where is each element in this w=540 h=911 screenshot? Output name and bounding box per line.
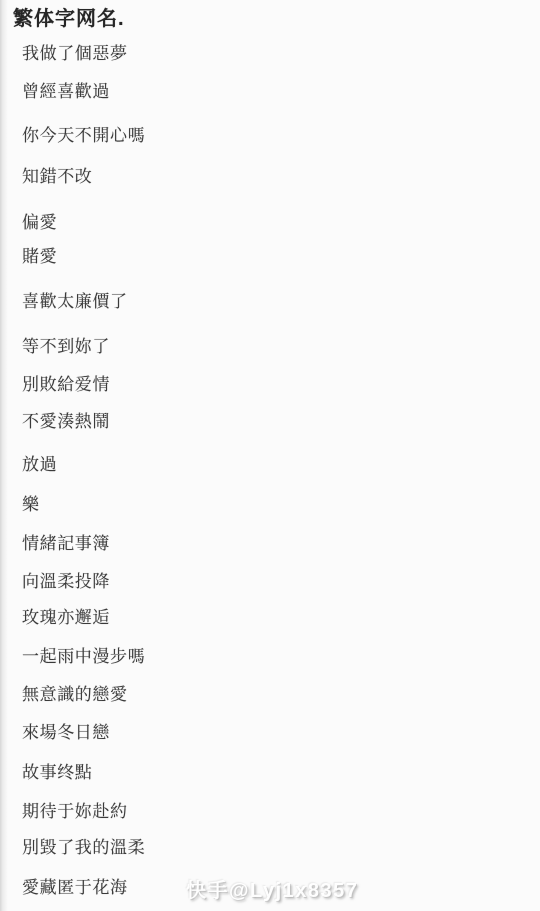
list-item: 向溫柔投降 [22, 573, 110, 591]
list-item: 一起雨中漫步嗎 [22, 648, 145, 666]
list-item: 愛藏匿于花海 [22, 879, 128, 897]
list-item: 偏愛 [22, 214, 57, 232]
list-item: 喜歡太廉價了 [22, 293, 128, 311]
kuaishou-watermark: 快手@Lyj1x8357 [186, 874, 358, 903]
list-item: 不愛湊熱鬧 [22, 413, 110, 431]
page-edge-shadow [0, 0, 8, 911]
list-item: 你今天不開心嗎 [22, 127, 145, 145]
list-item: 玫瑰亦邂逅 [22, 609, 110, 627]
list-item: 知錯不改 [22, 168, 92, 186]
list-item: 等不到妳了 [22, 338, 110, 356]
list-item: 來場冬日戀 [22, 724, 110, 742]
list-item: 情緒記事簿 [22, 535, 110, 553]
list-item: 放過 [22, 456, 57, 474]
list-item: 樂 [22, 496, 40, 514]
list-item: 期待于妳赴約 [22, 803, 128, 821]
page-title: 繁体字网名. [13, 8, 125, 31]
list-item: 無意識的戀愛 [22, 686, 128, 704]
list-item: 別敗給爱情 [22, 376, 110, 394]
list-item: 賭愛 [22, 248, 57, 266]
page: 繁体字网名. 我做了個惡夢 曾經喜歡過 你今天不開心嗎 知錯不改 偏愛 賭愛 喜… [0, 0, 540, 911]
list-item: 故事终點 [22, 764, 92, 782]
list-item: 我做了個惡夢 [22, 45, 128, 63]
list-item: 別毀了我的溫柔 [22, 839, 145, 857]
list-item: 曾經喜歡過 [22, 83, 110, 101]
